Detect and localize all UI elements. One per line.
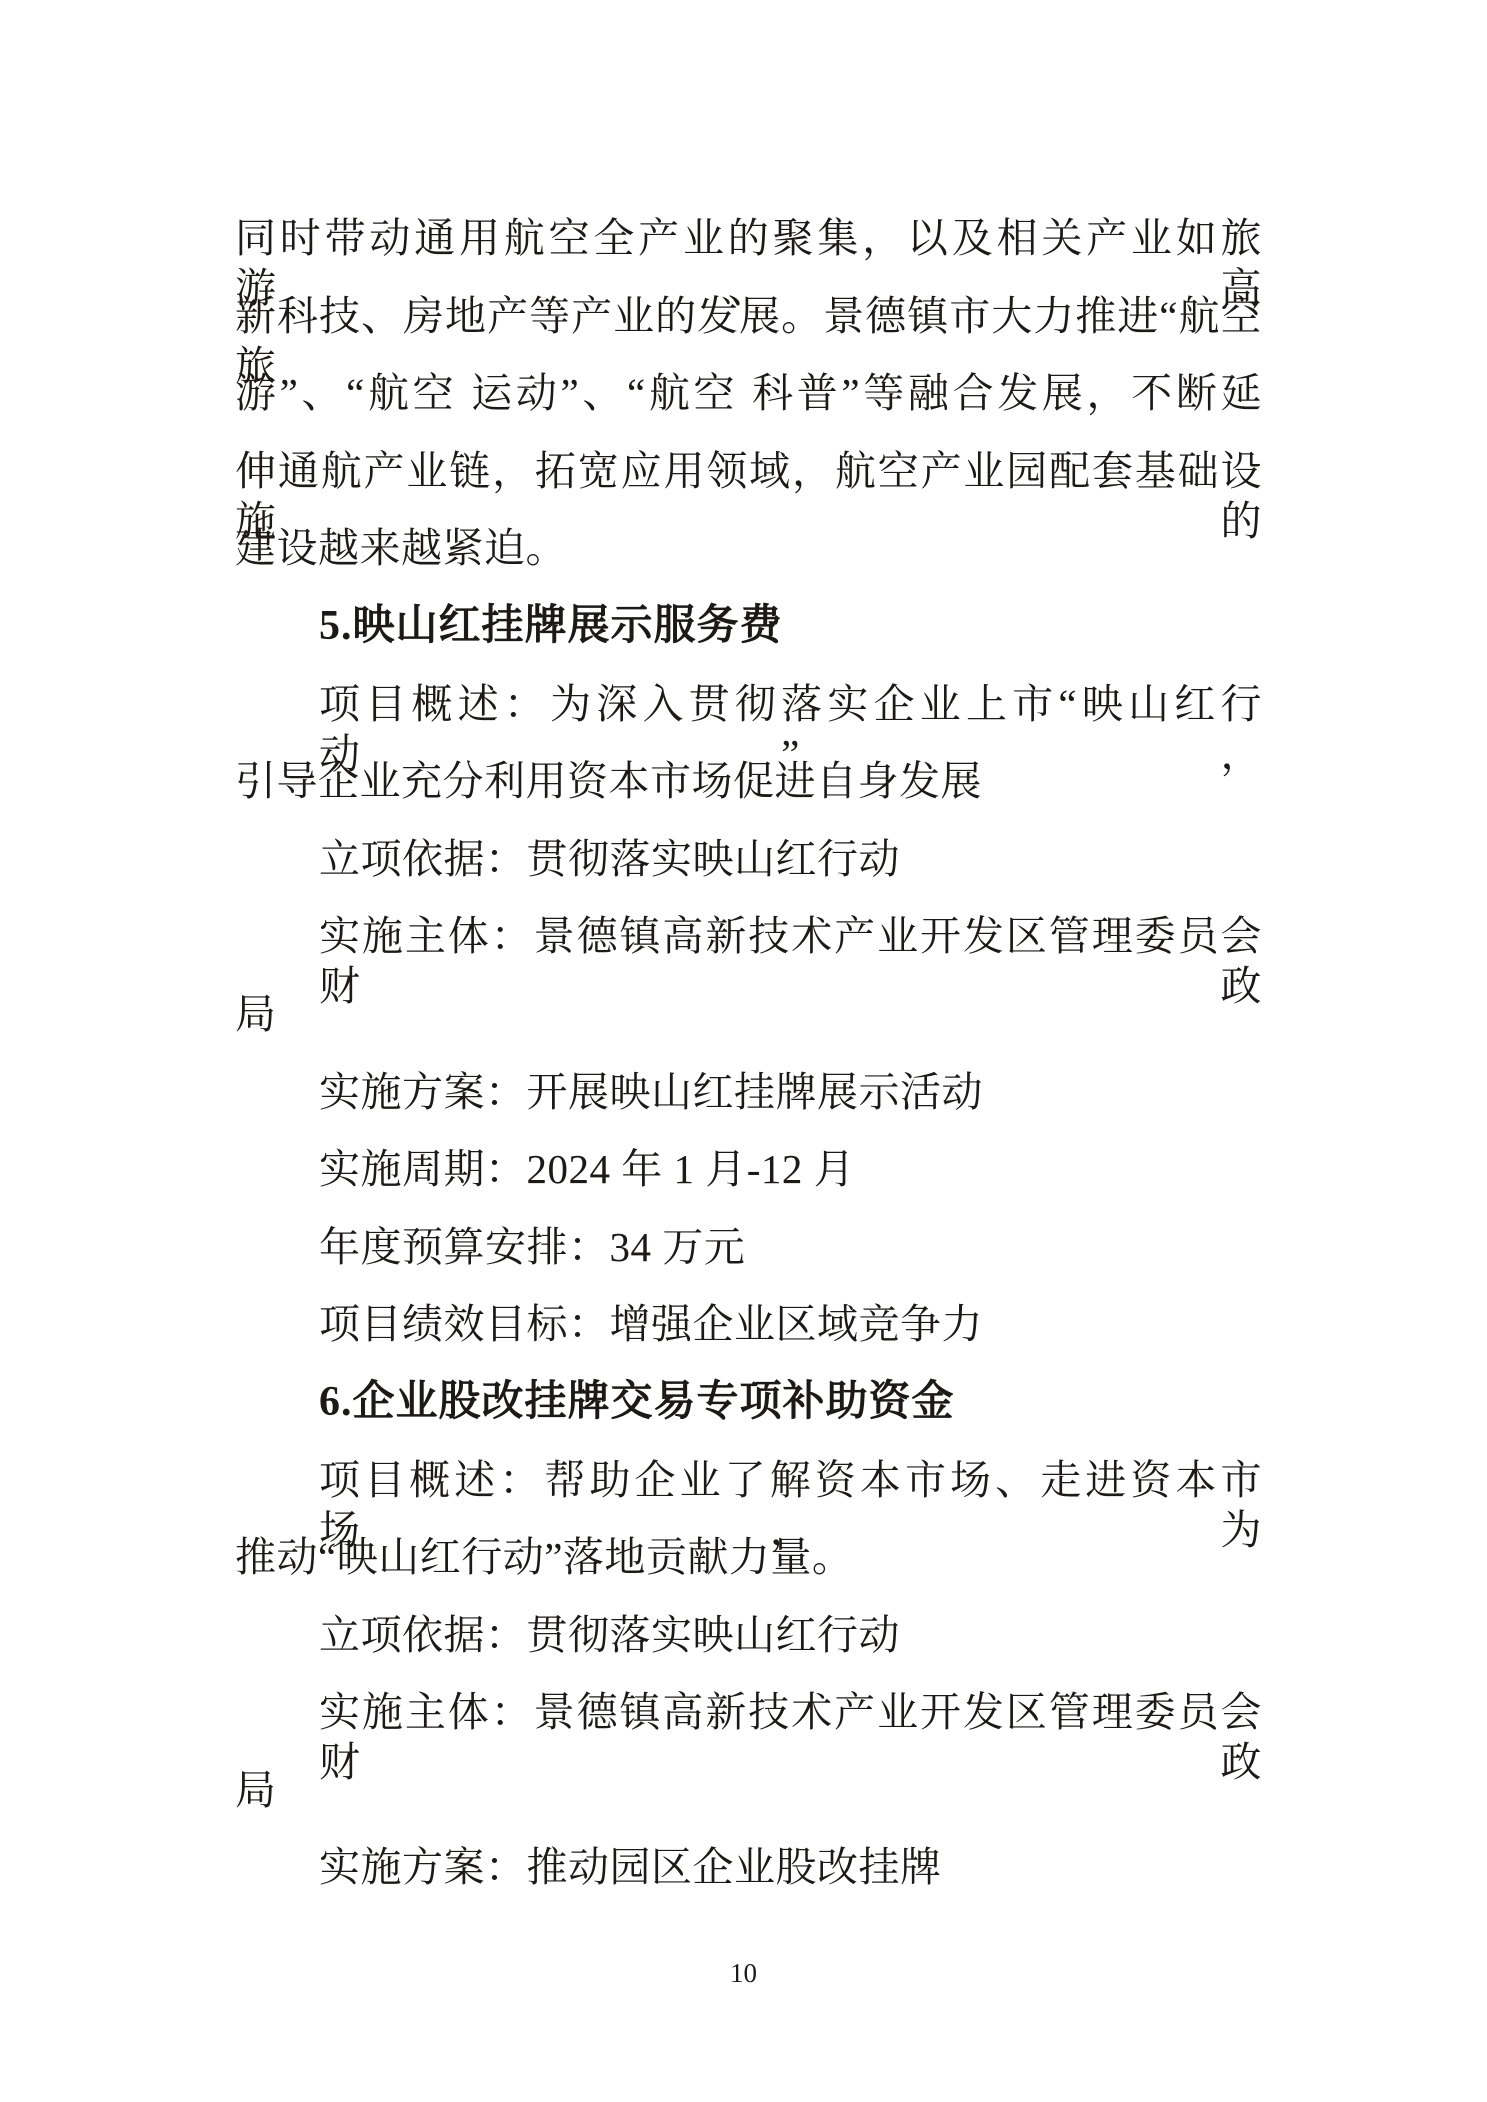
text-line: 实施方案：推动园区企业股改挂牌 [235, 1842, 1262, 1920]
text-line: 实施主体：景德镇高新技术产业开发区管理委员会财政 [235, 911, 1262, 989]
text-line: 实施方案：开展映山红挂牌展示活动 [235, 1067, 1262, 1145]
text-line: 游”、“航空 运动”、“航空 科普”等融合发展，不断延 [235, 368, 1262, 446]
section-heading: 6.企业股改挂牌交易专项补助资金 [235, 1377, 1262, 1455]
document-page: 同时带动通用航空全产业的聚集，以及相关产业如旅游、高新科技、房地产等产业的发展。… [0, 0, 1487, 2102]
document-body: 同时带动通用航空全产业的聚集，以及相关产业如旅游、高新科技、房地产等产业的发展。… [235, 213, 1262, 1920]
text-line: 实施主体：景德镇高新技术产业开发区管理委员会财政 [235, 1687, 1262, 1765]
text-line: 项目概述：为深入贯彻落实企业上市“映山红行动”， [235, 679, 1262, 757]
text-line: 新科技、房地产等产业的发展。景德镇市大力推进“航空 旅 [235, 291, 1262, 369]
text-line: 伸通航产业链，拓宽应用领域，航空产业园配套基础设施的 [235, 446, 1262, 524]
text-line: 立项依据：贯彻落实映山红行动 [235, 834, 1262, 912]
page-number: 10 [0, 1958, 1487, 1988]
text-line: 年度预算安排：34 万元 [235, 1222, 1262, 1300]
text-line: 同时带动通用航空全产业的聚集，以及相关产业如旅游、高 [235, 213, 1262, 291]
text-line: 实施周期：2024 年 1 月-12 月 [235, 1144, 1262, 1222]
text-line: 立项依据：贯彻落实映山红行动 [235, 1610, 1262, 1688]
text-line: 项目绩效目标：增强企业区域竞争力 [235, 1299, 1262, 1377]
text-line: 项目概述：帮助企业了解资本市场、走进资本市场，为 [235, 1455, 1262, 1533]
section-heading: 5.映山红挂牌展示服务费 [235, 601, 1262, 679]
